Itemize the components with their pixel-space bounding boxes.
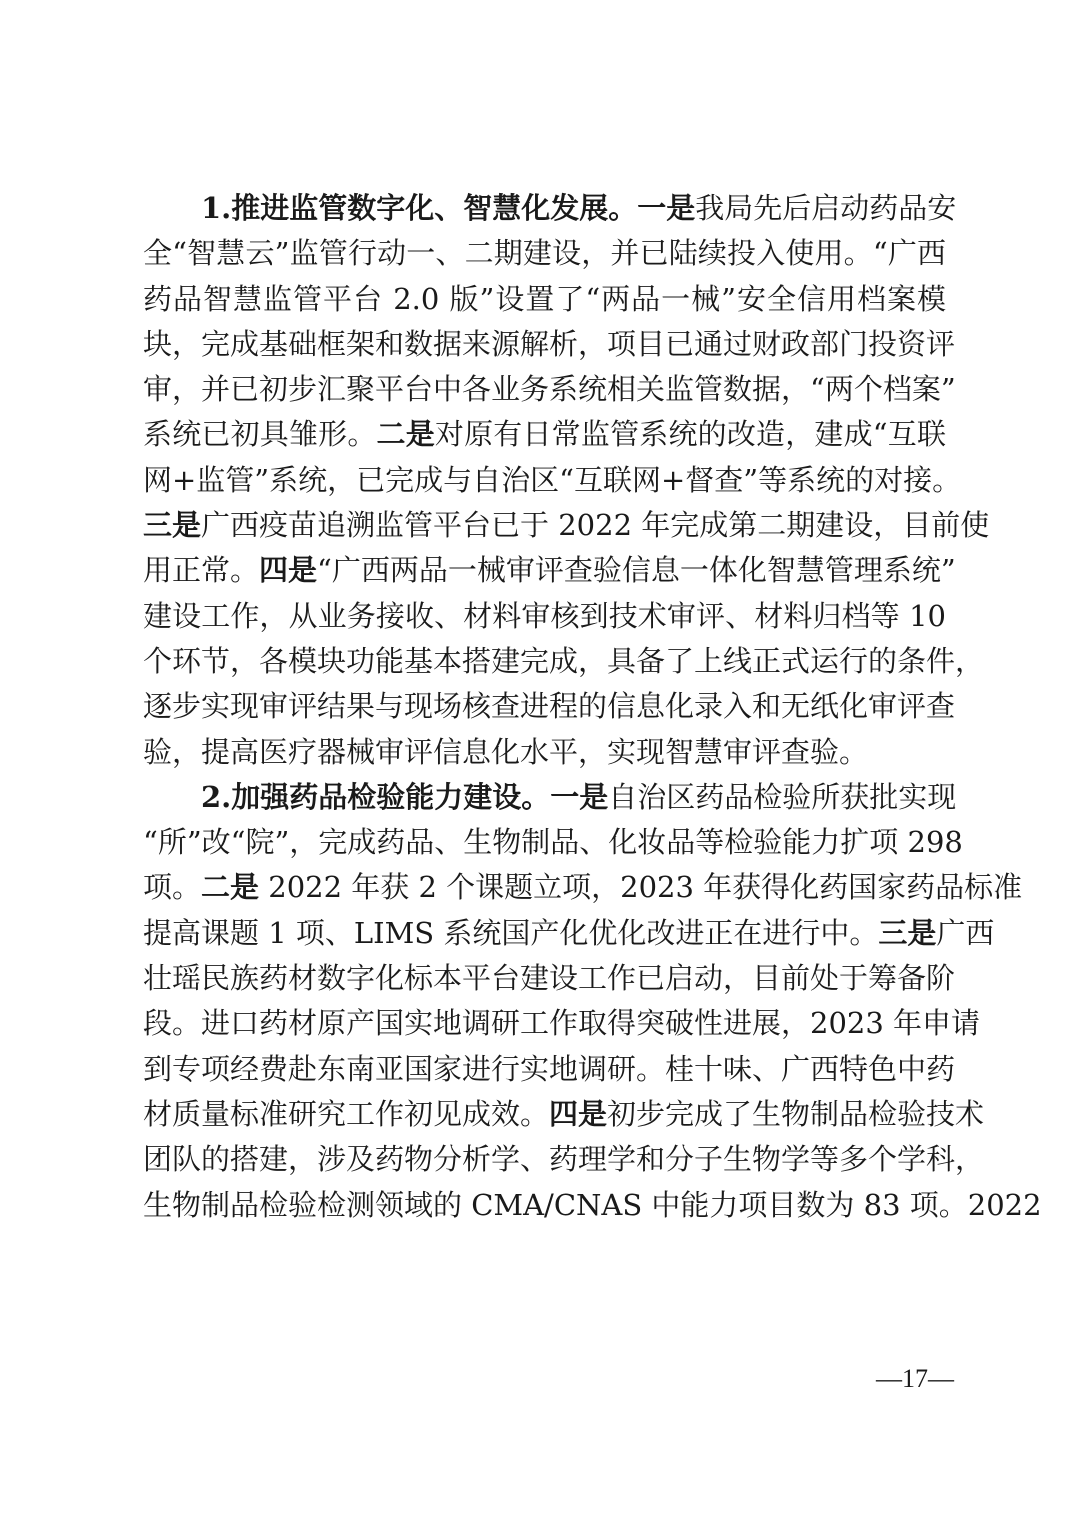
body-text: 用正常。 [143, 553, 259, 587]
text-line: 段。进口药材原产国实地调研工作取得突破性进展，2023 年申请 [143, 1001, 946, 1046]
text-line: 三是广西疫苗追溯监管平台已于 2022 年完成第二期建设，目前使 [143, 503, 946, 548]
bold-text: 三是 [143, 508, 201, 542]
text-line: 系统已初具雏形。二是对原有日常监管系统的改造，建成“互联 [143, 412, 946, 457]
bold-text: 二是 [201, 870, 259, 904]
body-text: 块，完成基础框架和数据来源解析，项目已通过财政部门投资评 [143, 327, 955, 361]
text-line: 用正常。四是“广西两品一械审评查验信息一体化智慧管理系统” [143, 548, 946, 593]
bold-text: 四是 [549, 1097, 607, 1131]
text-line: 验，提高医疗器械审评信息化水平，实现智慧审评查验。 [143, 730, 946, 775]
text-line: 1.推进监管数字化、智慧化发展。一是我局先后启动药品安 [143, 186, 946, 231]
body-text: 对原有日常监管系统的改造，建成“互联 [435, 417, 946, 451]
body-text: 广西疫苗追溯监管平台已于 2022 年完成第二期建设，目前使 [201, 508, 989, 542]
text-line: 2.加强药品检验能力建设。一是自治区药品检验所获批实现 [143, 775, 946, 820]
bold-text: 一是 [550, 780, 608, 814]
bold-text: 一是 [637, 191, 695, 225]
text-line: 生物制品检验检测领域的 CMA/CNAS 中能力项目数为 83 项。2022 [143, 1183, 946, 1228]
paragraph-1: 1.推进监管数字化、智慧化发展。一是我局先后启动药品安全“智慧云”监管行动一、二… [143, 186, 946, 775]
body-text: 到专项经费赴东南亚国家进行实地调研。桂十味、广西特色中药 [143, 1052, 955, 1086]
text-line: 网+监管”系统，已完成与自治区“互联网+督查”等系统的对接。 [143, 458, 946, 503]
body-text: 审，并已初步汇聚平台中各业务系统相关监管数据，“两个档案” [143, 372, 956, 406]
text-line: 材质量标准研究工作初见成效。四是初步完成了生物制品检验技术 [143, 1092, 946, 1137]
text-line: “所”改“院”，完成药品、生物制品、化妆品等检验能力扩项 298 [143, 820, 946, 865]
body-text: 网+监管”系统，已完成与自治区“互联网+督查”等系统的对接。 [143, 463, 961, 497]
body-text: 2022 年获 2 个课题立项，2023 年获得化药国家药品标准 [259, 870, 1022, 904]
bold-text: 1.推进监管数字化、智慧化发展。 [201, 191, 637, 225]
body-text: “广西两品一械审评查验信息一体化智慧管理系统” [317, 553, 956, 587]
document-body: 1.推进监管数字化、智慧化发展。一是我局先后启动药品安全“智慧云”监管行动一、二… [143, 186, 946, 1228]
body-text: 个环节，各模块功能基本搭建完成，具备了上线正式运行的条件， [143, 644, 984, 678]
bold-text: 三是 [878, 916, 936, 950]
body-text: 团队的搭建，涉及药物分析学、药理学和分子生物学等多个学科， [143, 1142, 984, 1176]
body-text: 段。进口药材原产国实地调研工作取得突破性进展，2023 年申请 [143, 1006, 980, 1040]
body-text: 壮瑶民族药材数字化标本平台建设工作已启动，目前处于筹备阶 [143, 961, 955, 995]
text-line: 个环节，各模块功能基本搭建完成，具备了上线正式运行的条件， [143, 639, 946, 684]
body-text: 项。 [143, 870, 201, 904]
paragraph-2: 2.加强药品检验能力建设。一是自治区药品检验所获批实现“所”改“院”，完成药品、… [143, 775, 946, 1228]
text-line: 提高课题 1 项、LIMS 系统国产化优化改进正在进行中。三是广西 [143, 911, 946, 956]
body-text: 系统已初具雏形。 [143, 417, 377, 451]
text-line: 壮瑶民族药材数字化标本平台建设工作已启动，目前处于筹备阶 [143, 956, 946, 1001]
body-text: 验，提高医疗器械审评信息化水平，实现智慧审评查验。 [143, 735, 868, 769]
body-text: 自治区药品检验所获批实现 [608, 780, 956, 814]
bold-text: 2.加强药品检验能力建设。 [201, 780, 550, 814]
body-text: 全“智慧云”监管行动一、二期建设，并已陆续投入使用。“广西 [143, 236, 946, 270]
body-text: 广西 [936, 916, 994, 950]
body-text: “所”改“院”，完成药品、生物制品、化妆品等检验能力扩项 298 [143, 825, 963, 859]
text-line: 药品智慧监管平台 2.0 版”设置了“两品一械”安全信用档案模 [143, 277, 946, 322]
body-text: 提高课题 1 项、LIMS 系统国产化优化改进正在进行中。 [143, 916, 878, 950]
text-line: 逐步实现审评结果与现场核查进程的信息化录入和无纸化审评查 [143, 684, 946, 729]
body-text: 药品智慧监管平台 2.0 版”设置了“两品一械”安全信用档案模 [143, 282, 946, 316]
body-text: 我局先后启动药品安 [695, 191, 956, 225]
text-line: 建设工作，从业务接收、材料审核到技术审评、材料归档等 10 [143, 594, 946, 639]
text-line: 全“智慧云”监管行动一、二期建设，并已陆续投入使用。“广西 [143, 231, 946, 276]
body-text: 建设工作，从业务接收、材料审核到技术审评、材料归档等 10 [143, 599, 946, 633]
page-number: —17— [876, 1364, 954, 1394]
text-line: 块，完成基础框架和数据来源解析，项目已通过财政部门投资评 [143, 322, 946, 367]
body-text: 逐步实现审评结果与现场核查进程的信息化录入和无纸化审评查 [143, 689, 955, 723]
body-text: 材质量标准研究工作初见成效。 [143, 1097, 549, 1131]
body-text: 生物制品检验检测领域的 CMA/CNAS 中能力项目数为 83 项。2022 [143, 1188, 1042, 1222]
text-line: 项。二是 2022 年获 2 个课题立项，2023 年获得化药国家药品标准 [143, 865, 946, 910]
body-text: 初步完成了生物制品检验技术 [607, 1097, 984, 1131]
bold-text: 四是 [259, 553, 317, 587]
text-line: 到专项经费赴东南亚国家进行实地调研。桂十味、广西特色中药 [143, 1047, 946, 1092]
bold-text: 二是 [377, 417, 435, 451]
text-line: 团队的搭建，涉及药物分析学、药理学和分子生物学等多个学科， [143, 1137, 946, 1182]
text-line: 审，并已初步汇聚平台中各业务系统相关监管数据，“两个档案” [143, 367, 946, 412]
